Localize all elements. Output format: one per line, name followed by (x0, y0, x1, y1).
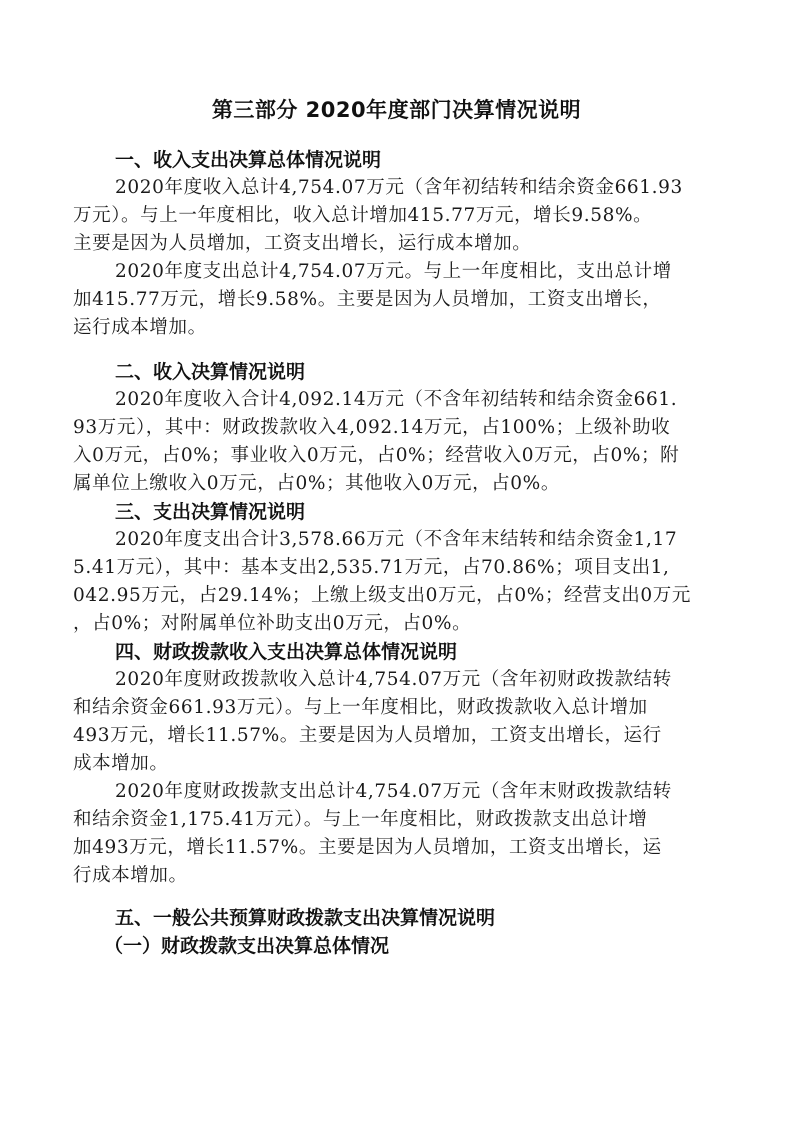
paragraph-line: 入0万元，占0%；事业收入0万元，占0%；经营收入0万元，占0%；附 (73, 442, 679, 470)
section-heading-5: 五、一般公共预算财政拨款支出决算情况说明 (115, 904, 495, 932)
paragraph-line: 2020年度支出合计3,578.66万元（不含年末结转和结余资金1,17 (115, 526, 677, 554)
paragraph-line: 和结余资金661.93万元）。与上一年度相比，财政拨款收入总计增加 (73, 694, 648, 722)
paragraph-line: 493万元，增长11.57%。主要是因为人员增加，工资支出增长，运行 (73, 722, 662, 750)
section-heading-2: 二、收入决算情况说明 (115, 358, 305, 386)
subsection-heading: （一）财政拨款支出决算总体情况 (104, 932, 389, 960)
paragraph-line: 2020年度收入合计4,092.14万元（不含年初结转和结余资金661. (115, 386, 677, 414)
paragraph-line: 2020年度财政拨款收入总计4,754.07万元（含年初财政拨款结转 (115, 666, 672, 694)
paragraph-line: 2020年度财政拨款支出总计4,754.07万元（含年末财政拨款结转 (115, 778, 672, 806)
paragraph-line: 042.95万元，占29.14%；上缴上级支出0万元，占0%；经营支出0万元 (73, 582, 691, 610)
paragraph-line: 属单位上缴收入0万元，占0%；其他收入0万元，占0%。 (73, 470, 560, 498)
document-page: 第三部分 2020年度部门决算情况说明 一、收入支出决算总体情况说明 2020年… (0, 0, 793, 1122)
paragraph-line: 和结余资金1,175.41万元）。与上一年度相比，财政拨款支出总计增 (73, 806, 648, 834)
paragraph-line: 2020年度支出总计4,754.07万元。与上一年度相比，支出总计增 (115, 258, 672, 286)
paragraph-line: 93万元），其中：财政拨款收入4,092.14万元，占100%；上级补助收 (73, 414, 670, 442)
paragraph-line: 运行成本增加。 (73, 314, 207, 342)
page-title: 第三部分 2020年度部门决算情况说明 (0, 94, 793, 124)
paragraph-line: 2020年度收入总计4,754.07万元（含年初结转和结余资金661.93 (115, 174, 683, 202)
section-heading-1: 一、收入支出决算总体情况说明 (115, 146, 381, 174)
paragraph-line: 5.41万元），其中：基本支出2,535.71万元，占70.86%；项目支出1, (73, 554, 670, 582)
paragraph-line: 加493万元，增长11.57%。主要是因为人员增加，工资支出增长，运 (73, 834, 662, 862)
paragraph-line: 主要是因为人员增加，工资支出增长，运行成本增加。 (73, 230, 531, 258)
paragraph-line: ，占0%；对附属单位补助支出0万元，占0%。 (73, 610, 471, 638)
section-heading-4: 四、财政拨款收入支出决算总体情况说明 (115, 638, 457, 666)
paragraph-line: 行成本增加。 (73, 862, 188, 890)
paragraph-line: 加415.77万元，增长9.58%。主要是因为人员增加，工资支出增长， (73, 286, 662, 314)
section-heading-3: 三、支出决算情况说明 (115, 498, 305, 526)
paragraph-line: 成本增加。 (73, 750, 169, 778)
paragraph-line: 万元）。与上一年度相比，收入总计增加415.77万元，增长9.58%。 (73, 202, 652, 230)
